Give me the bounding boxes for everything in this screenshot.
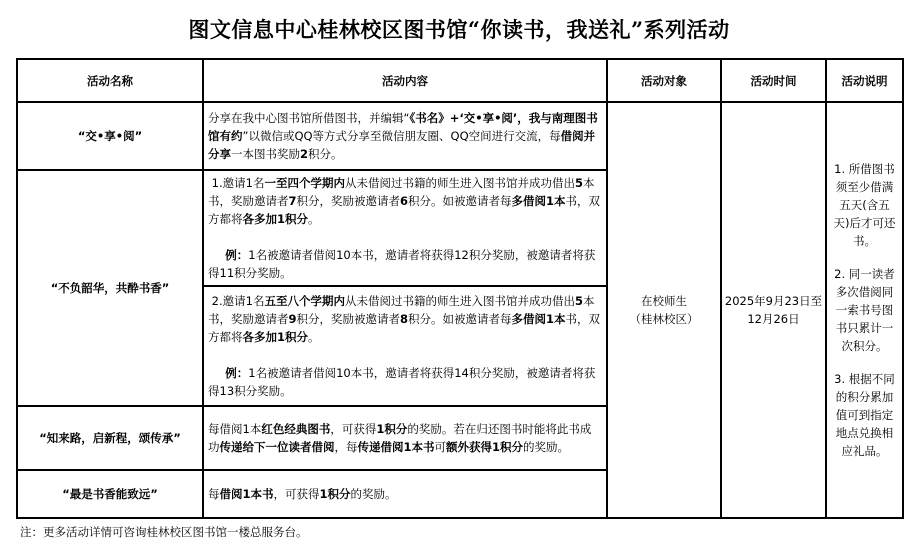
activity-content-invite-1: 1.邀请1名一至四个学期内从未借阅过书籍的师生进入图书馆并成功借出5本书，奖励邀… bbox=[203, 170, 607, 286]
activity-content-red-classics: 每借阅1本红色经典图书，可获得1积分的奖励。若在归还图书时能将此书成功传递给下一… bbox=[203, 406, 607, 470]
note-item: 1. 所借图书须至少借满五天(含五天)后才可还书。 bbox=[833, 160, 896, 250]
header-activity-audience: 活动对象 bbox=[607, 59, 721, 102]
activity-name-bufushaohua: “不负韶华，共酔书香” bbox=[17, 170, 203, 406]
activity-content-jiaoxiangyue: 分享在我中心图书馆所借图书，并编辑“《书名》+‘交•享•阅’，我与南理图书馆有约… bbox=[203, 102, 607, 170]
activity-name-zhilailu: “知来路，启新程，颂传承” bbox=[17, 406, 203, 470]
activity-notes: 1. 所借图书须至少借满五天(含五天)后才可还书。 2. 同一读者多次借阅同一索… bbox=[826, 102, 903, 518]
header-activity-time: 活动时间 bbox=[721, 59, 826, 102]
activity-name-jiaoxiangyue: “交•享•阅” bbox=[17, 102, 203, 170]
activity-table: 活动名称 活动内容 活动对象 活动时间 活动说明 “交•享•阅” 分享在我中心图… bbox=[16, 58, 904, 519]
footer-note: 注：更多活动详情可咨询桂林校区图书馆一楼总服务台。 bbox=[20, 524, 308, 540]
activity-time: 2025年9月23日至 12月26日 bbox=[721, 102, 826, 518]
activity-audience: 在校师生 （桂林校区） bbox=[607, 102, 721, 518]
page-title: 图文信息中心桂林校区图书馆“你读书，我送礼”系列活动 bbox=[0, 14, 918, 44]
table-row: “交•享•阅” 分享在我中心图书馆所借图书，并编辑“《书名》+‘交•享•阅’，我… bbox=[17, 102, 903, 170]
note-item: 2. 同一读者多次借阅同一索书号图书只累计一次积分。 bbox=[833, 265, 896, 355]
header-activity-name: 活动名称 bbox=[17, 59, 203, 102]
activity-content-borrow-points: 每借阅1本书，可获得1积分的奖励。 bbox=[203, 470, 607, 518]
header-activity-notes: 活动说明 bbox=[826, 59, 903, 102]
table-header-row: 活动名称 活动内容 活动对象 活动时间 活动说明 bbox=[17, 59, 903, 102]
note-item: 3. 根据不同的积分累加值可到指定地点兑换相应礼品。 bbox=[833, 370, 896, 460]
activity-content-invite-2: 2.邀请1名五至八个学期内从未借阅过书籍的师生进入图书馆并成功借出5本书，奖励邀… bbox=[203, 286, 607, 406]
header-activity-content: 活动内容 bbox=[203, 59, 607, 102]
activity-name-zuishishuxiang: “最是书香能致远” bbox=[17, 470, 203, 518]
